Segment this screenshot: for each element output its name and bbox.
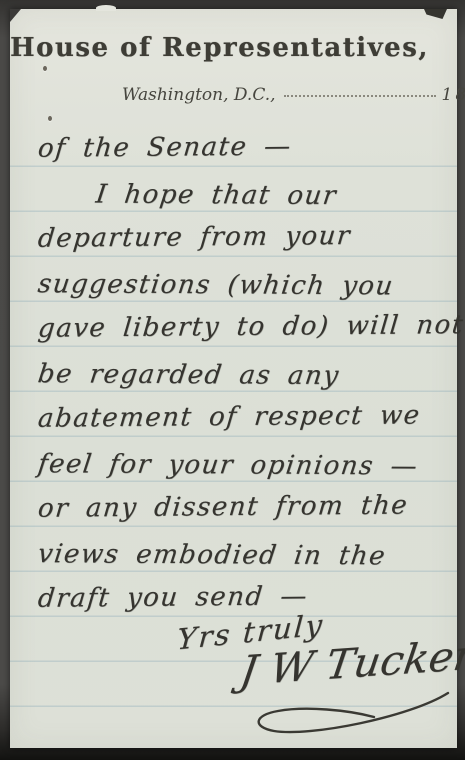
- signature-flourish: [248, 687, 453, 745]
- handwritten-line: of the Senate —: [8, 123, 460, 172]
- handwritten-line: feel for your opinions —: [7, 442, 459, 490]
- handwritten-line: or any dissent from the: [8, 483, 460, 532]
- letter-body: of the Senate — I hope that our departur…: [10, 127, 457, 622]
- letterhead: House of Representatives, Washington, D.…: [10, 9, 457, 63]
- pinhole: [43, 66, 47, 71]
- handwritten-line: views embodied in the: [7, 532, 459, 580]
- handwritten-line: suggestions (which you: [7, 262, 459, 310]
- letterhead-title: House of Representatives,: [10, 33, 457, 63]
- handwritten-line: draft you send —: [8, 573, 460, 622]
- handwritten-line: I hope that our: [7, 172, 459, 220]
- handwritten-line: be regarded as any: [7, 352, 459, 400]
- photo-background: House of Representatives, Washington, D.…: [0, 0, 465, 760]
- dateline: Washington, D.C.,187: [122, 85, 465, 105]
- dateline-place: Washington, D.C.,: [122, 85, 276, 105]
- dateline-year: 187: [442, 85, 465, 105]
- letter-paper: House of Representatives, Washington, D.…: [10, 9, 457, 748]
- dateline-fill-rule: [284, 95, 436, 97]
- pinhole: [48, 116, 52, 121]
- handwritten-line: departure from your: [8, 213, 460, 262]
- handwritten-line: gave liberty to do) will not: [8, 303, 460, 352]
- handwritten-line: abatement of respect we: [8, 393, 460, 442]
